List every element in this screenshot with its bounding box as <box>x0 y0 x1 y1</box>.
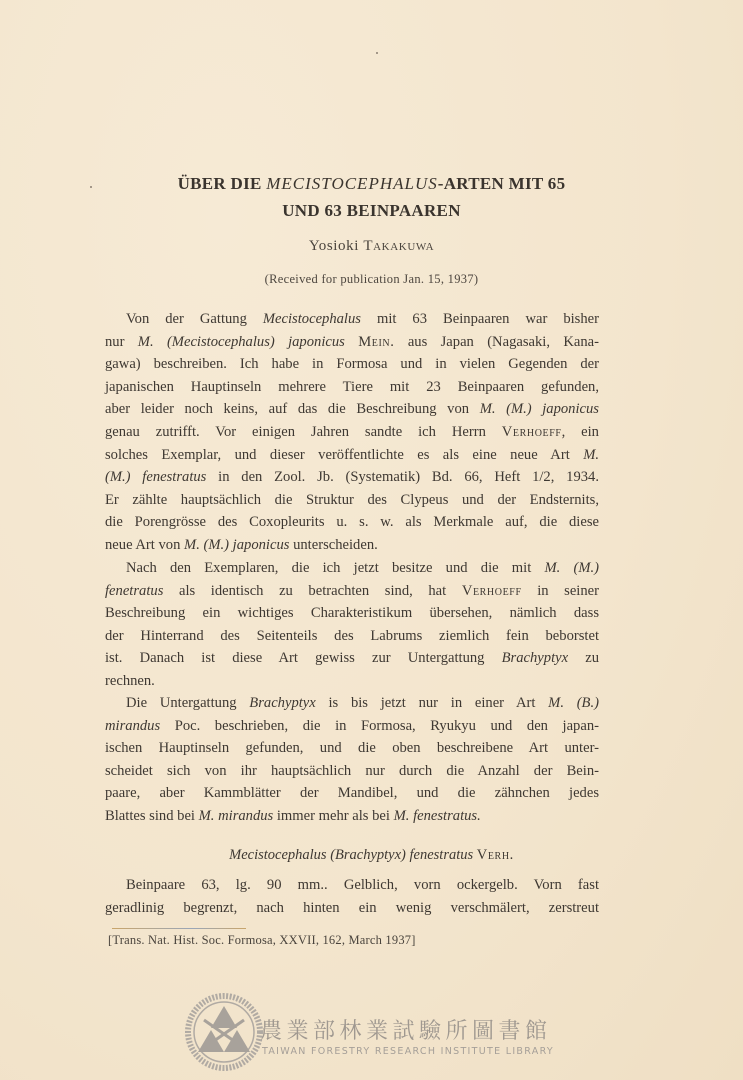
paragraph-1: Von der Gattung Mecistocephalus mit 63 B… <box>105 308 599 557</box>
title-genus: MECISTOCEPHALUS <box>266 174 437 193</box>
text-line: fenetratus als identisch zu betrachten s… <box>105 580 599 603</box>
author-name: Yosioki Takakuwa <box>0 238 743 255</box>
text-line: (M.) fenestratus in den Zool. Jb. (Syste… <box>105 466 599 489</box>
text-line: Beschreibung ein wichtiges Charakteristi… <box>105 602 599 625</box>
footnote-rule <box>112 928 246 929</box>
text-line: Beinpaare 63, lg. 90 mm.. Gelblich, vorn… <box>105 874 599 897</box>
author-family-name: Takakuwa <box>363 238 434 254</box>
text-line: Von der Gattung Mecistocephalus mit 63 B… <box>105 308 599 331</box>
text-line: ist. Danach ist diese Art gewiss zur Unt… <box>105 647 599 670</box>
text-line: Er zählte hauptsächlich die Struktur des… <box>105 489 599 512</box>
text-line: nur M. (Mecistocephalus) japonicus Mein.… <box>105 331 599 354</box>
article-title-line-1: ÜBER DIE MECISTOCEPHALUS-ARTEN MIT 65 <box>0 174 743 194</box>
received-date: (Received for publication Jan. 15, 1937) <box>0 272 743 287</box>
article-title-line-2: UND 63 BEINPAAREN <box>0 201 743 221</box>
text-line: scheidet sich von ihr hauptsächlich nur … <box>105 760 599 783</box>
species-heading: Mecistocephalus (Brachyptyx) fenestratus… <box>0 847 743 864</box>
text-line: der Hinterrand des Seitenteils des Labru… <box>105 625 599 648</box>
paragraph-4: Beinpaare 63, lg. 90 mm.. Gelblich, vorn… <box>105 874 599 919</box>
library-stamp: 農業部林業試驗所圖書館 TAIWAN FORESTRY RESEARCH INS… <box>184 992 564 1074</box>
title-prefix: ÜBER DIE <box>178 174 267 193</box>
text-line: mirandus Poc. beschrieben, die in Formos… <box>105 715 599 738</box>
paragraph-2: Nach den Exemplaren, die ich jetzt besit… <box>105 557 599 693</box>
text-line: rechnen. <box>105 670 599 693</box>
text-line: solches Exemplar, und dieser veröffentli… <box>105 444 599 467</box>
text-line: neue Art von M. (M.) japonicus untersche… <box>105 534 599 557</box>
species-author: Verh. <box>477 847 514 863</box>
library-name-chinese: 農業部林業試驗所圖書館 <box>260 1014 552 1045</box>
document-page: ÜBER DIE MECISTOCEPHALUS-ARTEN MIT 65 UN… <box>0 0 743 1080</box>
text-line: japanischen Hauptinseln mehrere Tiere mi… <box>105 376 599 399</box>
footnote-citation: [Trans. Nat. Hist. Soc. Formosa, XXVII, … <box>108 933 416 948</box>
text-line: Blattes sind bei M. mirandus immer mehr … <box>105 805 599 828</box>
text-line: geradlinig begrenzt, nach hinten ein wen… <box>105 897 599 920</box>
paper-speck <box>376 52 378 54</box>
author-given-name: Yosioki <box>309 238 364 254</box>
text-line: Nach den Exemplaren, die ich jetzt besit… <box>105 557 599 580</box>
title-suffix: -ARTEN MIT 65 <box>438 174 566 193</box>
species-name: Mecistocephalus (Brachyptyx) fenestratus <box>229 847 473 863</box>
paragraph-3: Die Untergattung Brachyptyx is bis jetzt… <box>105 692 599 828</box>
text-line: ischen Hauptinseln gefunden, und die obe… <box>105 737 599 760</box>
text-line: paare, aber Kammblätter der Mandibel, un… <box>105 782 599 805</box>
text-line: genau zutrifft. Vor einigen Jahren sandt… <box>105 421 599 444</box>
text-line: die Porengrösse des Coxopleurits u. s. w… <box>105 511 599 534</box>
library-name-english: TAIWAN FORESTRY RESEARCH INSTITUTE LIBRA… <box>262 1046 554 1057</box>
text-line: Die Untergattung Brachyptyx is bis jetzt… <box>105 692 599 715</box>
text-line: gawa) beschreiben. Ich habe in Formosa u… <box>105 353 599 376</box>
text-line: aber leider noch keins, auf das die Besc… <box>105 398 599 421</box>
library-seal-icon <box>184 992 264 1072</box>
